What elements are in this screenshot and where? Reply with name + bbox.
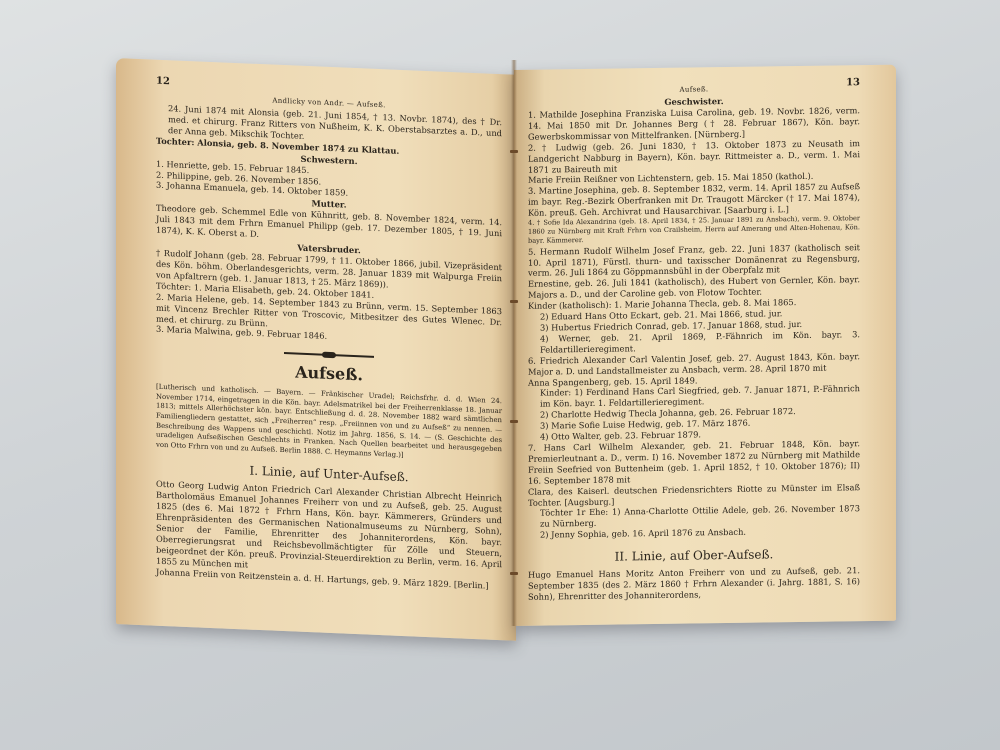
ornamental-divider — [284, 352, 374, 358]
binding-thread — [510, 420, 518, 423]
list-item: 6. Friedrich Alexander Carl Valentin Jos… — [528, 351, 860, 377]
list-item: 5. Hermann Rudolf Wilhelm Josef Franz, g… — [528, 242, 860, 279]
list-item: 1. Mathilde Josephina Franziska Luisa Ca… — [528, 105, 860, 142]
right-page: 13 Aufseß. Geschwister. 1. Mathilde Jose… — [514, 65, 896, 626]
page-number: 12 — [156, 76, 170, 88]
list-item: 3. Martine Josephina, geb. 8. September … — [528, 182, 860, 219]
binding-thread — [510, 572, 518, 575]
open-book-photo: 12 Andlicky von Andr. — Aufseß. 24. Juni… — [0, 0, 1000, 750]
binding-thread — [510, 300, 518, 303]
line-title: II. Linie, auf Ober-Aufseß. — [528, 546, 860, 565]
entry-text: Hugo Emanuel Hans Moritz Anton Freiherr … — [528, 565, 860, 602]
page-number: 13 — [846, 77, 860, 88]
binding-thread — [510, 150, 518, 153]
entry-text: Otto Georg Ludwig Anton Friedrich Carl A… — [156, 479, 502, 581]
book-gutter — [511, 60, 517, 626]
family-intro: [Lutherisch und katholisch. — Bayern. — … — [156, 383, 502, 465]
left-page: 12 Andlicky von Andr. — Aufseß. 24. Juni… — [116, 58, 516, 641]
list-item: 2. † Ludwig (geb. 26. Juni 1830, † 13. O… — [528, 138, 860, 175]
list-item: 7. Hans Carl Wilhelm Alexander, geb. 21.… — [528, 438, 860, 486]
